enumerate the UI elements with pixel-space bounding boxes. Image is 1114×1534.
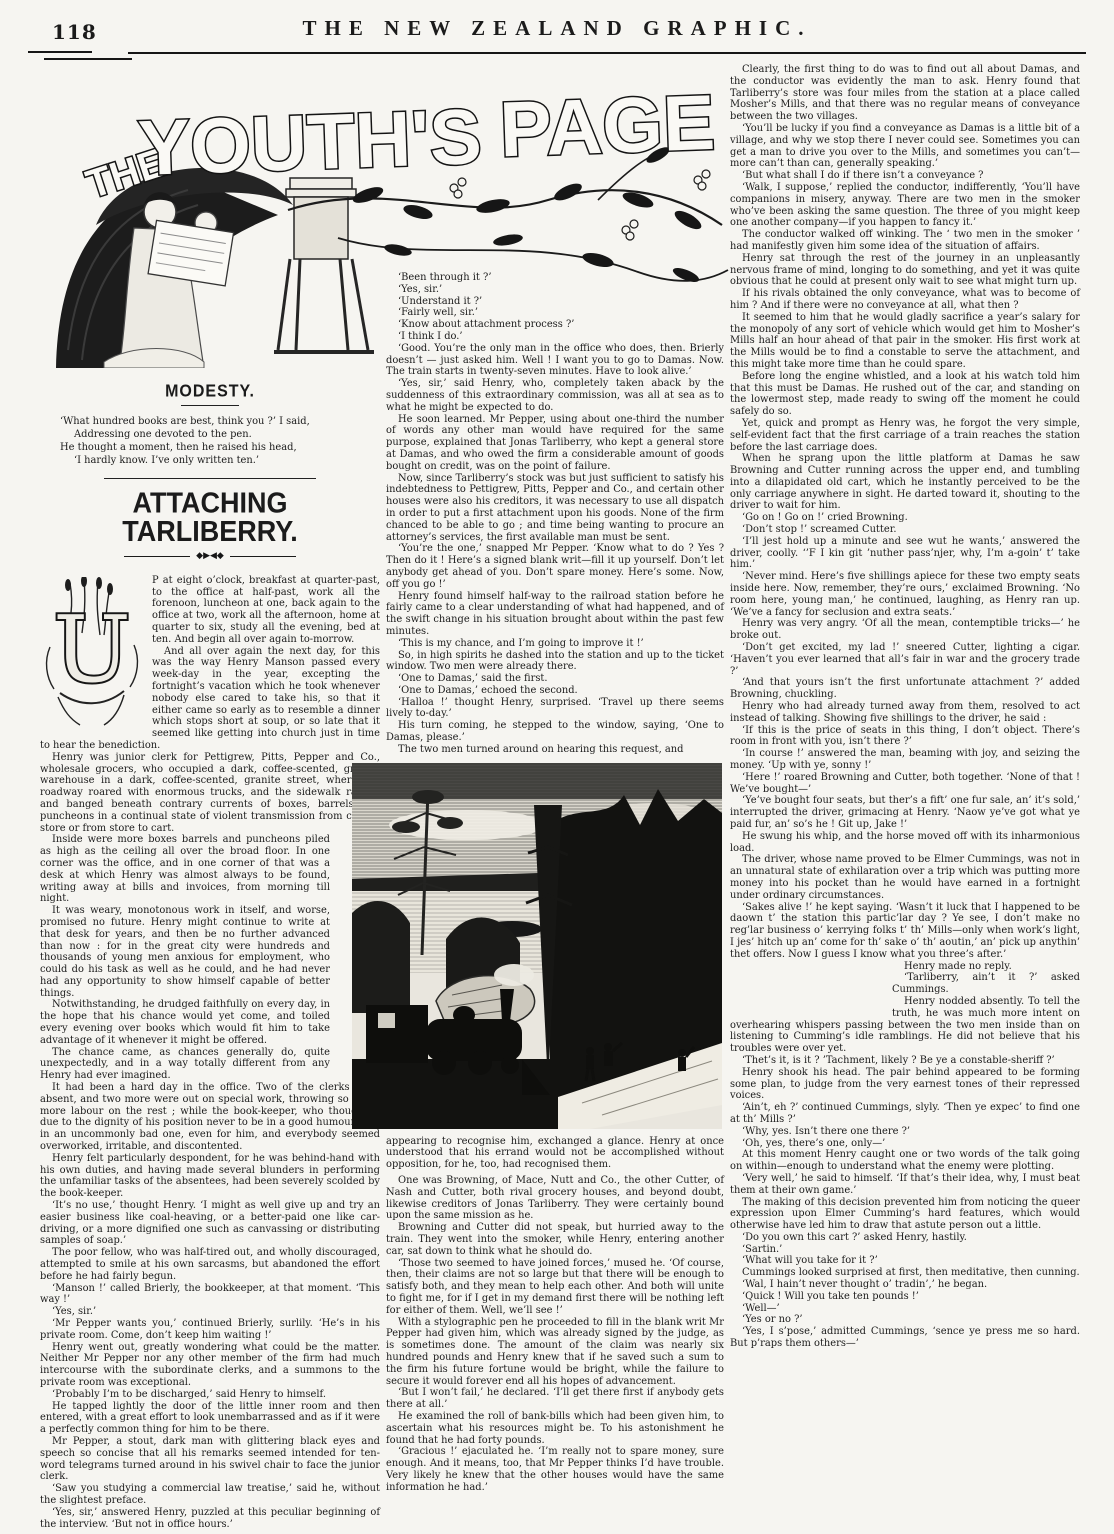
left-column: MODESTY. ‘What hundred books are best, t… [40,368,380,1530]
story-paragraph: ‘Those two seemed to have joined forces,… [386,1258,724,1317]
story-paragraph: ‘Sartin.’ [730,1244,1080,1256]
story-paragraph: The driver, whose name proved to be Elme… [730,854,1080,901]
story-paragraph: ‘Ye’ve bought four seats, but ther’s a f… [730,795,1080,830]
story-paragraph: Addressing one devoted to the pen. [60,428,360,441]
story-paragraph: ‘This is my chance, and I’m going to imp… [386,638,724,650]
middle-column: ‘Been through it ?’‘Yes, sir.’‘Understan… [386,272,724,1494]
story-paragraph: ‘In course !’ answered the man, beaming … [730,748,1080,772]
text-wrap-spacer [730,961,892,1018]
story-paragraph: ‘Quick ! Will you take ten pounds !’ [730,1291,1080,1303]
story-paragraph: The conductor walked off winking. The ‘ … [730,229,1080,253]
story-paragraph: So, in high spirits he dashed into the s… [386,650,724,674]
story-paragraph: When he sprang upon the little platform … [730,453,1080,512]
story-paragraph: ‘Good. You’re the only man in the office… [386,343,724,378]
modesty-heading: MODESTY. [40,383,380,400]
story-paragraph: Yet, quick and prompt as Henry was, he f… [730,418,1080,453]
left-paragraphs-wrapped: Inside were more boxes barrels and punch… [40,834,380,1530]
story-paragraph: It was weary, monotonous work in itself,… [40,905,380,999]
story-paragraph: He soon learned. Mr Pepper, using about … [386,414,724,473]
ornament-glyph: ◆▶◀◆ [196,551,224,563]
story-paragraph: ‘But what shall I do if there isn’t a co… [730,170,1080,182]
story-paragraph: ‘Halloa !’ thought Henry, surprised. ‘Tr… [386,697,724,721]
story-paragraph: The two men turned around on hearing thi… [386,744,724,756]
right-paragraphs: Clearly, the first thing to do was to fi… [730,64,1080,961]
story-paragraph: Henry who had already turned away from t… [730,701,1080,725]
modesty-poem: ‘What hundred books are best, think you … [60,415,360,467]
lake-railway-engraving [352,763,722,1129]
story-paragraph: His turn coming, he stepped to the windo… [386,720,724,744]
story-paragraph: ‘I think I do.’ [386,331,724,343]
story-paragraph: ‘Very well,’ he said to himself. ‘If tha… [730,1173,1080,1197]
middle-paragraphs-top: ‘Been through it ?’‘Yes, sir.’‘Understan… [386,272,724,756]
story-paragraph: Henry found himself half-way to the rail… [386,591,724,638]
story-paragraph: ‘Don’t get excited, my lad !’ sneered Cu… [730,642,1080,677]
story-paragraph: ‘Yes, I s’pose,’ admitted Cummings, ‘sen… [730,1326,1080,1350]
story-paragraph: ‘Why, yes. Isn’t there one there ?’ [730,1126,1080,1138]
story-paragraph: ‘Saw you studying a commercial law treat… [40,1483,380,1507]
header-rule-dash [28,51,92,53]
story-paragraph: It seemed to him that he would gladly sa… [730,312,1080,371]
story-paragraph: The poor fellow, who was half-tired out,… [40,1247,380,1282]
story-paragraph: Clearly, the first thing to do was to fi… [730,64,1080,123]
story-paragraph: ‘Understand it ?’ [386,296,724,308]
story-paragraph: With a stylographic pen he proceeded to … [386,1317,724,1388]
story-paragraph: ‘If this is the price of seats in this t… [730,725,1080,749]
story-paragraph: ‘Probably I’m to be discharged,’ said He… [40,1389,380,1401]
story-paragraph: ‘Never mind. Here’s five shillings apiec… [730,571,1080,618]
story-paragraph: ‘Here !’ roared Browning and Cutter, bot… [730,772,1080,796]
story-paragraph: He swung his whip, and the horse moved o… [730,831,1080,855]
story-paragraph: Henry went out, greatly wondering what c… [40,1342,380,1389]
story-paragraph: Now, since Tarliberry’s stock was but ju… [386,473,724,544]
story-paragraph: The chance came, as chances generally do… [40,1047,380,1082]
right-paragraphs-wrapped: Henry made no reply.‘Tarliberry, ain’t i… [730,961,1080,1350]
story-paragraph: ‘It’s no use,’ thought Henry. ‘I might a… [40,1200,380,1247]
story-paragraph: ‘I’ll jest hold up a minute and see wut … [730,536,1080,571]
section-rule [104,478,316,479]
masthead-word-page: PAGE [498,78,716,173]
story-paragraph: ‘Wal, I hain’t never thought o’ tradin’,… [730,1279,1080,1291]
heading-rule [181,405,239,406]
story-paragraph: ‘Yes, sir.’ [40,1306,380,1318]
story-paragraph: ‘Don’t stop !’ screamed Cutter. [730,524,1080,536]
middle-paragraphs-bottom: One was Browning, of Mace, Nutt and Co.,… [386,1175,724,1494]
story-paragraph: ‘Yes, sir.’ [386,284,724,296]
story-paragraph: Before long the engine whistled, and a l… [730,371,1080,418]
story-paragraph: Inside were more boxes barrels and punch… [40,834,380,905]
header-rule [128,52,1086,54]
story-paragraph: ‘Ain’t, eh ?’ continued Cummings, slyly.… [730,1102,1080,1126]
story-paragraph: One was Browning, of Mace, Nutt and Co.,… [386,1175,724,1222]
story-paragraph: ‘Mr Pepper wants you,’ continued Brierly… [40,1318,380,1342]
story-paragraph: ‘Gracious !’ ejaculated he. ‘I’m really … [386,1446,724,1493]
story-paragraph: ‘What hundred books are best, think you … [60,415,360,428]
story-paragraph: ‘Know about attachment process ?’ [386,319,724,331]
story-paragraph: ‘You’re the one,’ snapped Mr Pepper. ‘Kn… [386,543,724,590]
story-paragraph: ‘You’ll be lucky if you find a conveyanc… [730,123,1080,170]
story-paragraph: ‘One to Damas,’ echoed the second. [386,685,724,697]
story-paragraph: ‘But I won’t fail,’ he declared. ‘I’ll g… [386,1387,724,1411]
story-paragraph: ‘And that yours isn’t the first unfortun… [730,677,1080,701]
story-paragraph: If his rivals obtained the only conveyan… [730,288,1080,312]
story-heading: ATTACHING TARLIBERRY. [40,490,380,547]
story-paragraph: Mr Pepper, a stout, dark man with glitte… [40,1436,380,1483]
story-paragraph: ‘Yes, sir,’ answered Henry, puzzled at t… [40,1507,380,1531]
story-paragraph: ‘Been through it ?’ [386,272,724,284]
drop-cap-ornament: U [40,577,144,727]
story-paragraph: ‘Oh, yes, there’s one, only—’ [730,1138,1080,1150]
masthead-word-youths: YOUTH'S [137,92,483,192]
story-paragraph: ‘One to Damas,’ said the first. [386,673,724,685]
drop-cap-letter: U [53,596,131,703]
story-paragraph: ‘Do you own this cart ?’ asked Henry, ha… [730,1232,1080,1244]
story-paragraph: ‘I hardly know. I’ve only written ten.’ [60,454,360,467]
story-paragraph: He tapped lightly the door of the little… [40,1401,380,1436]
story-paragraph: The making of this decision prevented hi… [730,1197,1080,1232]
right-column: Clearly, the first thing to do was to fi… [730,64,1080,1350]
story-paragraph: Henry was junior clerk for Pettigrew, Pi… [40,752,380,835]
story-paragraph: Browning and Cutter did not speak, but h… [386,1222,724,1257]
story-paragraph: He thought a moment, then he raised his … [60,441,360,454]
story-paragraph: ‘Walk, I suppose,’ replied the conductor… [730,182,1080,229]
publication-title: THE NEW ZEALAND GRAPHIC. [0,16,1114,41]
story-paragraph: Henry shook his head. The pair behind ap… [730,1067,1080,1102]
story-paragraph: ‘Yes, sir,’ said Henry, who, completely … [386,378,724,413]
story-paragraph: ‘Well—’ [730,1303,1080,1315]
story-paragraph: ‘Thet’s it, is it ? ’Tachment, likely ? … [730,1055,1080,1067]
ornament-divider: ◆▶◀◆ [40,551,380,563]
story-paragraph: ‘What will you take for it ?’ [730,1255,1080,1267]
story-paragraph: ‘Sakes alive !’ he kept saying. ‘Wasn’t … [730,902,1080,961]
story-paragraph: ‘Fairly well, sir.’ [386,307,724,319]
story-paragraph: Notwithstanding, he drudged faithfully o… [40,999,380,1046]
story-paragraph: Henry sat through the rest of the journe… [730,253,1080,288]
story-paragraph: ‘Manson !’ called Brierly, the bookkeepe… [40,1283,380,1307]
newspaper-page: 118 THE NEW ZEALAND GRAPHIC. [0,0,1114,1534]
story-paragraph: It had been a hard day in the office. Tw… [40,1082,380,1153]
story-paragraph: ‘Yes or no ?’ [730,1314,1080,1326]
story-paragraph: Cummings looked surprised at first, then… [730,1267,1080,1279]
story-paragraph: He examined the roll of bank-bills which… [386,1411,724,1446]
continuation-paragraph: appearing to recognise him, exchanged a … [386,1136,724,1171]
story-paragraph: ‘Go on ! Go on !’ cried Browning. [730,512,1080,524]
story-paragraph: Henry was very angry. ‘Of all the mean, … [730,618,1080,642]
story-paragraph: Henry felt particularly despondent, for … [40,1153,380,1200]
story-paragraph: At this moment Henry caught one or two w… [730,1149,1080,1173]
